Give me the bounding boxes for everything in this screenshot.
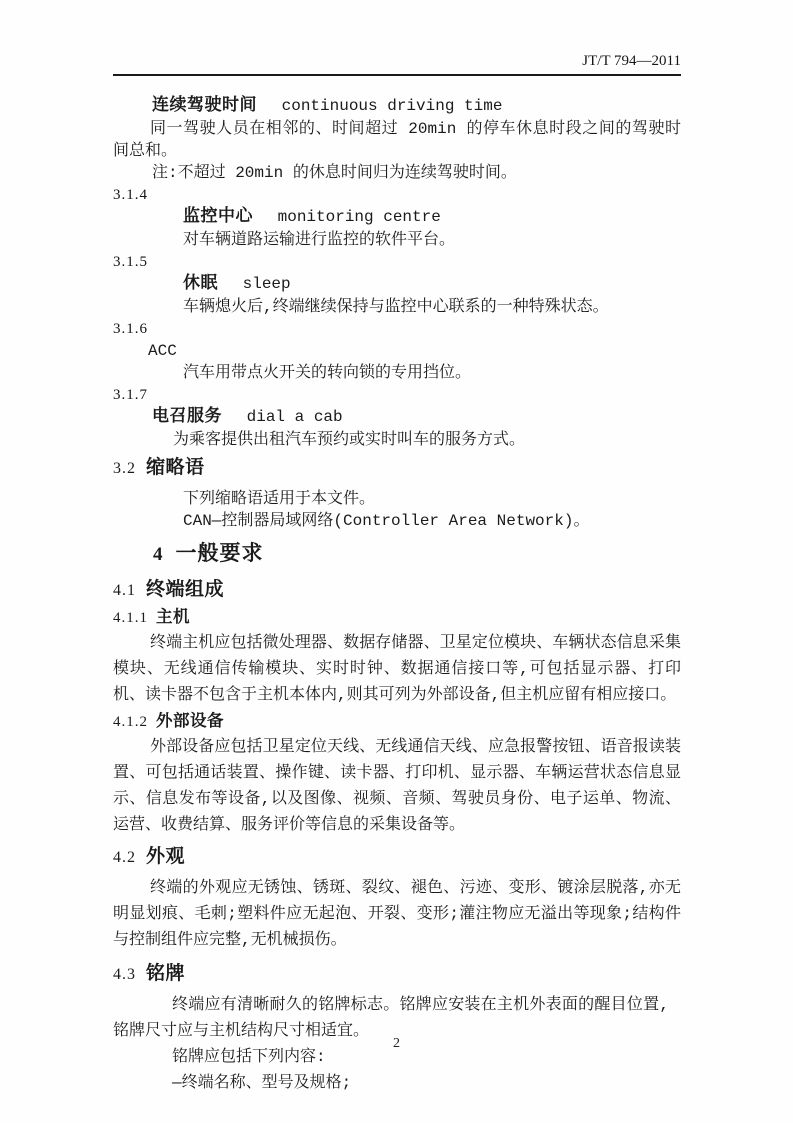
clause-number-314: 3.1.4 (113, 184, 681, 206)
term-abbr-label: ACC (148, 342, 177, 360)
standard-code: JT/T 794—2011 (113, 0, 681, 70)
term-definition: 汽车用带点火开关的转向锁的专用挡位。 (183, 362, 681, 384)
heading-number: 3.2 (113, 460, 136, 477)
heading-title: 终端组成 (146, 579, 224, 601)
clause-number-316: 3.1.6 (113, 318, 681, 340)
heading-title: 外观 (146, 846, 185, 868)
term-note: 注:不超过 20min 的休息时间归为连续驾驶时间。 (152, 162, 681, 184)
term-dial-a-cab: 电召服务 dial a cab (152, 406, 681, 429)
page-number: 2 (0, 1036, 793, 1052)
term-en-label: monitoring centre (278, 208, 441, 226)
term-en-label: dial a cab (247, 408, 343, 426)
term-sleep: 休眠 sleep (183, 273, 681, 296)
clause-number-315: 3.1.5 (113, 251, 681, 273)
term-en-label: continuous driving time (282, 97, 503, 115)
term-zh-label: 连续驾驶时间 (152, 97, 257, 116)
heading-title: 外部设备 (156, 712, 224, 731)
heading-title: 主机 (156, 608, 190, 627)
abbreviation-can: CAN—控制器局域网络(Controller Area Network)。 (183, 510, 681, 532)
term-continuous-driving: 连续驾驶时间 continuous driving time (152, 95, 681, 118)
heading-abbreviations: 3.2缩略语 (113, 455, 681, 482)
term-acc: ACC (148, 340, 681, 362)
heading-number: 4.1.2 (113, 714, 148, 730)
heading-main-unit: 4.1.1主机 (113, 606, 681, 630)
heading-number: 4.1.1 (113, 610, 148, 626)
heading-title: 缩略语 (146, 457, 205, 479)
header-rule (113, 74, 681, 76)
term-zh-label: 休眠 (183, 275, 218, 294)
heading-number: 4.2 (113, 849, 136, 866)
page-content: JT/T 794—2011 连续驾驶时间 continuous driving … (113, 0, 681, 1096)
heading-appearance: 4.2外观 (113, 844, 681, 871)
heading-general-requirements: 4一般要求 (153, 540, 681, 571)
term-zh-label: 监控中心 (183, 208, 253, 227)
heading-nameplate: 4.3铭牌 (113, 961, 681, 988)
heading-number: 4.1 (113, 582, 136, 599)
term-definition: 车辆熄火后,终端继续保持与监控中心联系的一种特殊状态。 (183, 296, 681, 318)
heading-title: 一般要求 (176, 544, 264, 567)
term-definition: 对车辆道路运输进行监控的软件平台。 (183, 229, 681, 251)
term-zh-label: 电召服务 (152, 408, 222, 427)
paragraph-appearance: 终端的外观应无锈蚀、锈斑、裂纹、褪色、污迹、变形、镀涂层脱落,亦无明显划痕、毛刺… (113, 875, 681, 953)
heading-title: 铭牌 (146, 963, 185, 985)
term-monitoring-centre: 监控中心 monitoring centre (183, 206, 681, 229)
term-en-label: sleep (243, 275, 291, 293)
heading-number: 4 (153, 544, 164, 565)
heading-terminal-composition: 4.1终端组成 (113, 577, 681, 604)
document-page: JT/T 794—2011 连续驾驶时间 continuous driving … (0, 0, 793, 1123)
nameplate-item-name-model: —终端名称、型号及规格; (172, 1070, 681, 1096)
term-definition: 同一驾驶人员在相邻的、时间超过 20min 的停车休息时段之间的驾驶时间总和。 (113, 118, 681, 162)
abbreviation-intro: 下列缩略语适用于本文件。 (183, 488, 681, 510)
heading-number: 4.3 (113, 966, 136, 983)
paragraph-external-devices: 外部设备应包括卫星定位天线、无线通信天线、应急报警按钮、语音报读装置、可包括通话… (113, 734, 681, 838)
paragraph-main-unit: 终端主机应包括微处理器、数据存储器、卫星定位模块、车辆状态信息采集模块、无线通信… (113, 630, 681, 708)
term-definition: 为乘客提供出租汽车预约或实时叫车的服务方式。 (173, 429, 681, 451)
clause-number-317: 3.1.7 (113, 384, 681, 406)
heading-external-devices: 4.1.2外部设备 (113, 710, 681, 734)
